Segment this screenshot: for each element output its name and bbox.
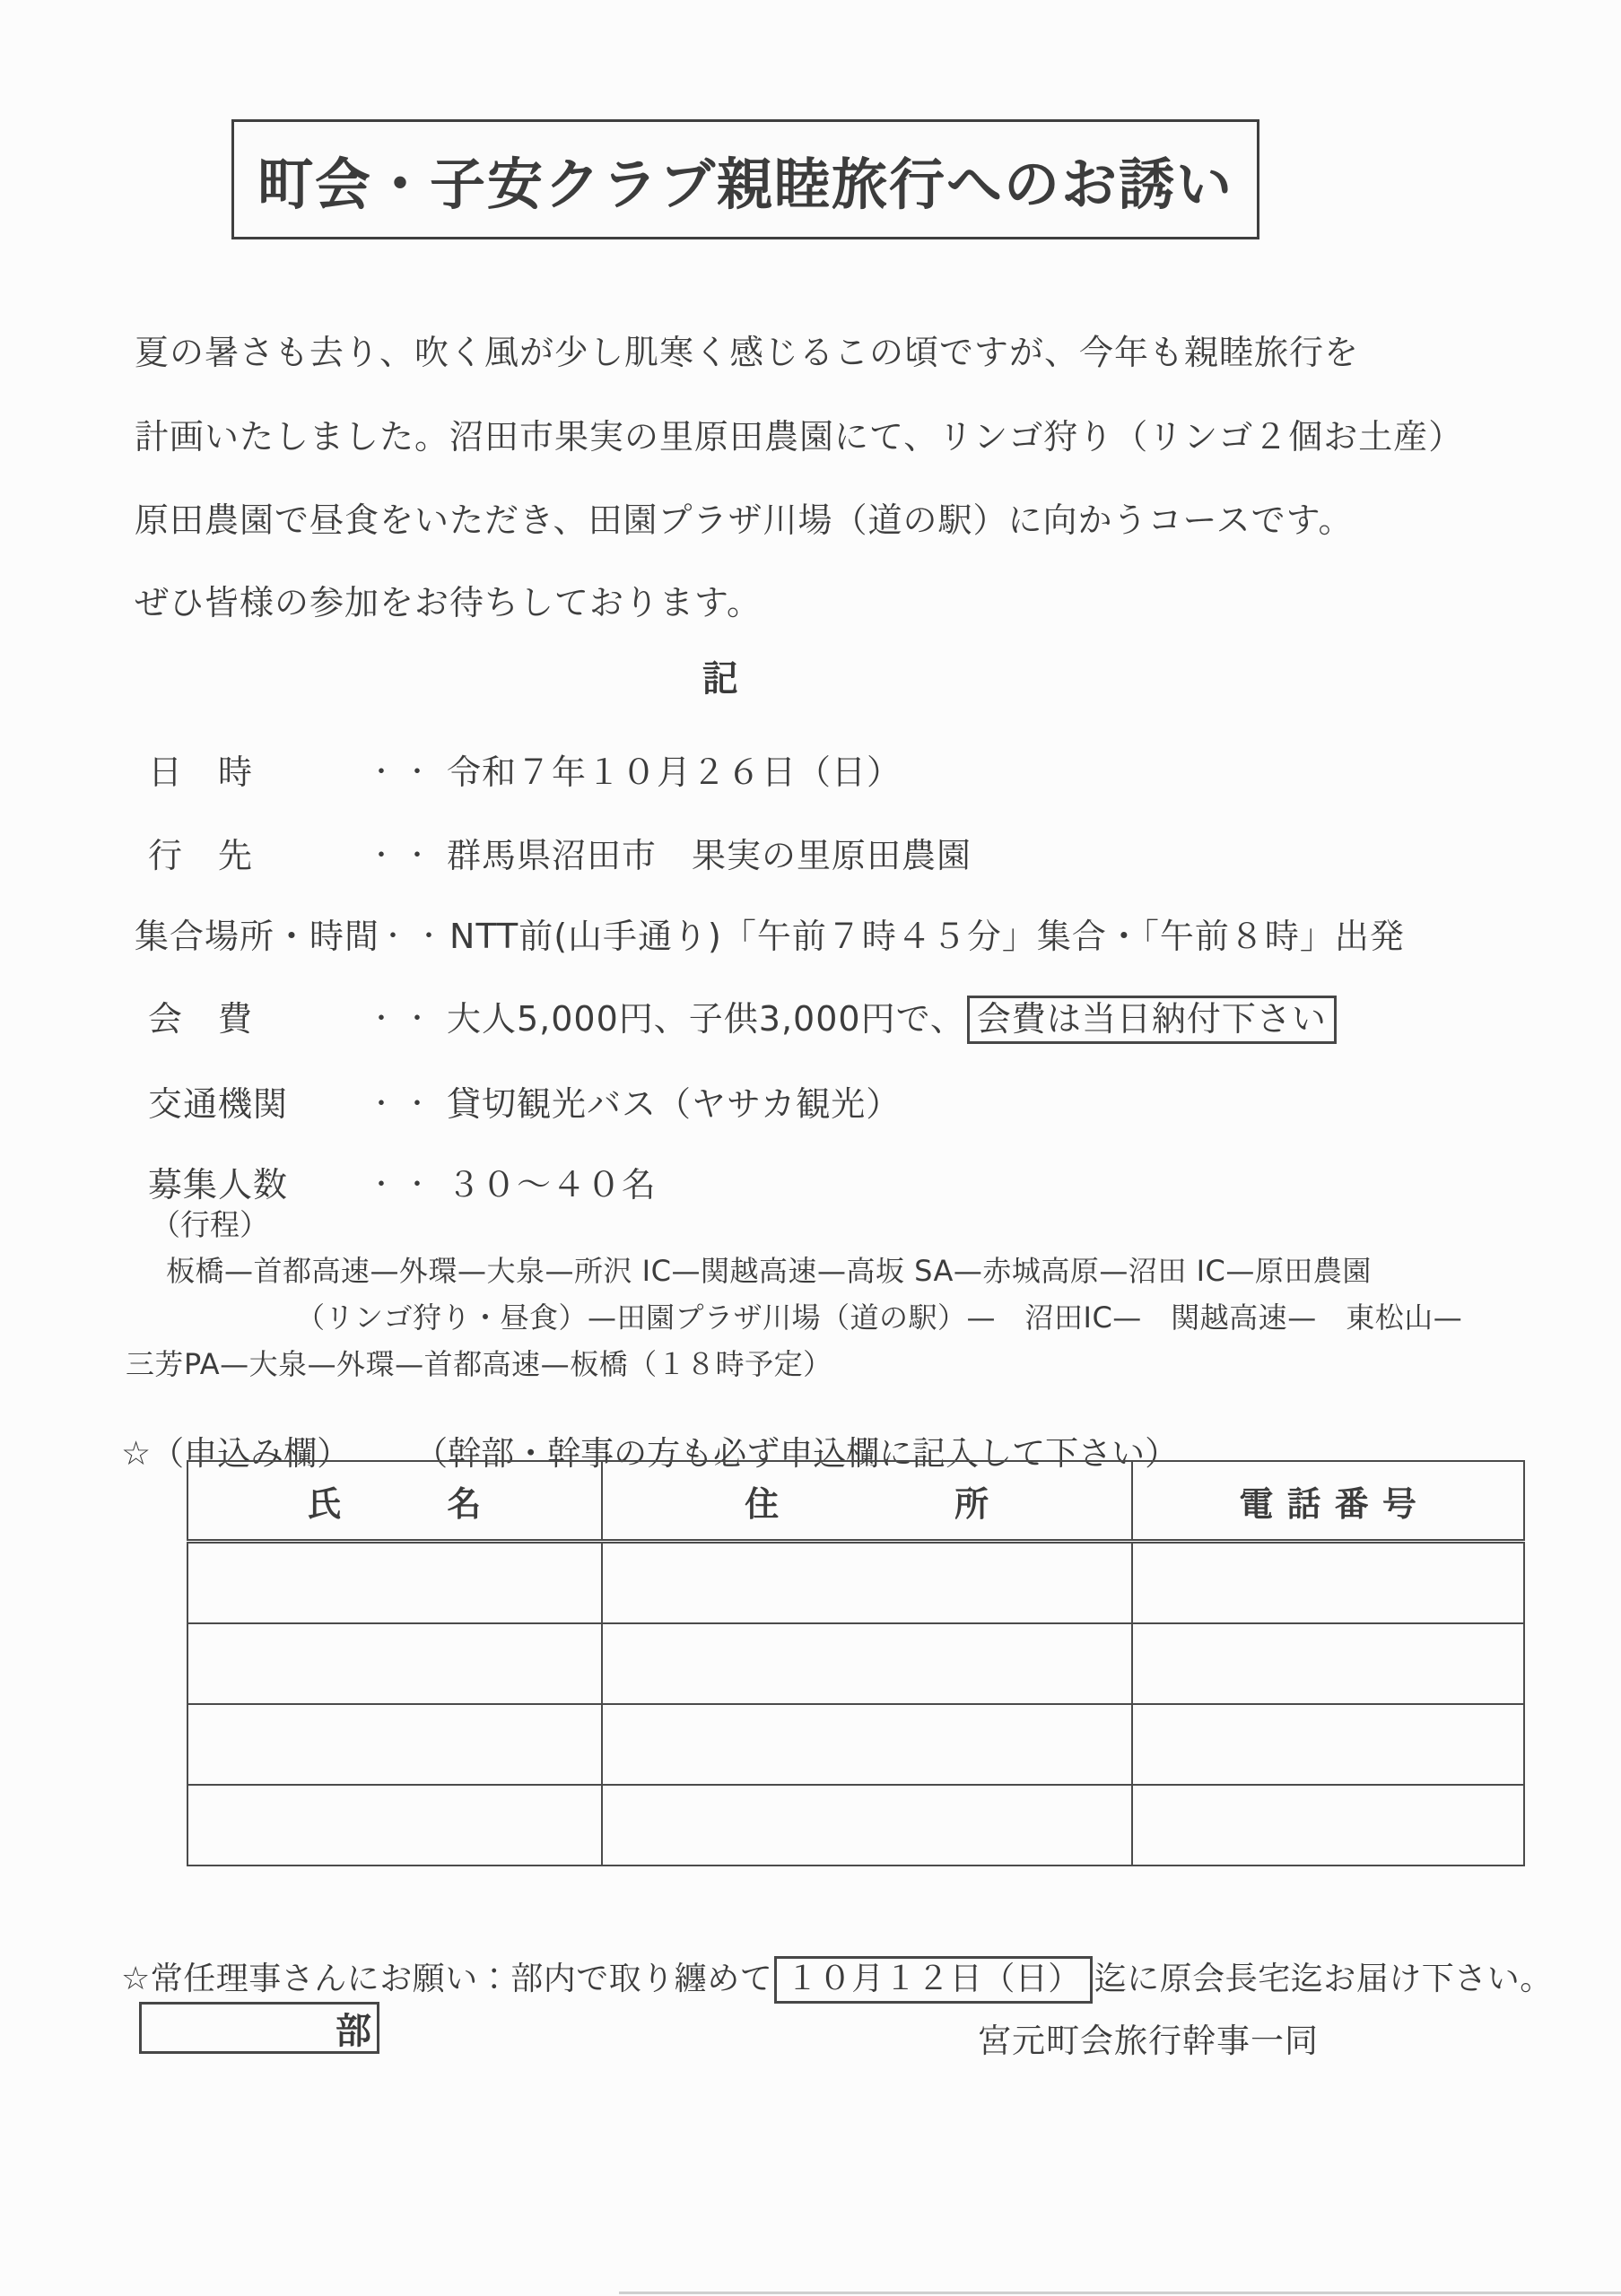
detail-separator: ・・ xyxy=(368,991,447,1036)
itinerary-line: 三芳PA—大泉—外環—首都高速—板橋（１８時予定） xyxy=(126,1342,832,1383)
intro-line: ぜひ皆様の参加をお待ちしております。 xyxy=(135,575,762,624)
table-cell-name xyxy=(187,1785,602,1865)
detail-row-capacity: 募集人数 ・・ ３０～４０名 xyxy=(148,1157,657,1206)
title-box: 町会・子安クラブ親睦旅行へのお誘い xyxy=(231,119,1259,239)
record-marker: 記 xyxy=(702,650,738,701)
detail-label: 募集人数 xyxy=(148,1157,368,1206)
scan-artifact xyxy=(619,2292,1621,2294)
closing-note-prefix: ☆常任理事さんにお願い：部内で取り纏めて xyxy=(121,1961,772,1997)
detail-row-fee: 会 費 ・・ 大人5,000円、子供3,000円で、会費は当日納付下さい xyxy=(148,991,1337,1040)
table-cell-name xyxy=(187,1623,602,1704)
intro-line: 原田農園で昼食をいただき、田園プラザ川場（道の駅）に向かうコースです。 xyxy=(135,492,1354,542)
intro-line: 夏の暑さも去り、吹く風が少し肌寒く感じるこの頃ですが、今年も親睦旅行を xyxy=(135,325,1359,374)
table-header-row: 氏 名 住 所 電 話 番 号 xyxy=(187,1461,1524,1542)
closing-note-suffix: 迄に原会長宅迄お届け下さい。 xyxy=(1094,1961,1553,1997)
intro-line: 計画いたしました。沼田市果実の里原田農園にて、リンゴ狩り（リンゴ２個お土産） xyxy=(135,409,1463,458)
table-cell-name xyxy=(187,1704,602,1785)
detail-value: NTT前(山手通り)「午前７時４５分」集合・「午前８時」出発 xyxy=(449,909,1405,958)
itinerary-line: （リンゴ狩り・昼食）—田園プラザ川場（道の駅）— 沼田IC— 関越高速— 東松山… xyxy=(296,1295,1462,1336)
detail-row-transport: 交通機関 ・・ 貸切観光バス（ヤサカ観光） xyxy=(148,1076,901,1126)
fee-text: 大人5,000円、子供3,000円で、 xyxy=(447,999,965,1039)
detail-value: ３０～４０名 xyxy=(447,1157,657,1206)
detail-value: 大人5,000円、子供3,000円で、会費は当日納付下さい xyxy=(447,991,1337,1040)
detail-label: 交通機関 xyxy=(148,1076,368,1126)
detail-row-date: 日 時 ・・ 令和７年１０月２６日（日） xyxy=(148,744,902,794)
detail-label: 日 時 xyxy=(148,744,368,794)
table-cell-name xyxy=(187,1542,602,1624)
table-header-address: 住 所 xyxy=(602,1461,1133,1542)
table-cell-address xyxy=(602,1542,1133,1624)
detail-label: 集合場所・時間 xyxy=(135,909,379,958)
detail-value: 貸切観光バス（ヤサカ観光） xyxy=(447,1076,901,1126)
table-cell-phone xyxy=(1132,1623,1524,1704)
department-label: 部 xyxy=(336,2003,371,2054)
detail-row-meeting: 集合場所・時間 ・・ NTT前(山手通り)「午前７時４５分」集合・「午前８時」出… xyxy=(135,909,1405,958)
table-row xyxy=(187,1704,1524,1785)
table-header-phone: 電 話 番 号 xyxy=(1132,1461,1524,1542)
detail-separator: ・・ xyxy=(368,828,447,873)
detail-label: 行 先 xyxy=(148,828,368,877)
table-cell-phone xyxy=(1132,1542,1524,1624)
detail-value: 群馬県沼田市 果実の里原田農園 xyxy=(447,828,972,877)
detail-row-destination: 行 先 ・・ 群馬県沼田市 果実の里原田農園 xyxy=(148,828,972,877)
table-cell-phone xyxy=(1132,1785,1524,1865)
detail-separator: ・・ xyxy=(368,1157,447,1202)
itinerary-heading: （行程） xyxy=(151,1202,269,1244)
closing-note: ☆常任理事さんにお願い：部内で取り纏めて１０月１２日（日）迄に原会長宅迄お届け下… xyxy=(121,1953,1553,1999)
deadline-box: １０月１２日（日） xyxy=(774,1956,1093,2004)
scanned-flyer-page: 町会・子安クラブ親睦旅行へのお誘い 夏の暑さも去り、吹く風が少し肌寒く感じるこの… xyxy=(0,0,1621,2296)
detail-value: 令和７年１０月２６日（日） xyxy=(447,744,902,794)
detail-separator: ・・ xyxy=(368,1076,447,1121)
table-row xyxy=(187,1785,1524,1865)
application-table: 氏 名 住 所 電 話 番 号 xyxy=(187,1460,1525,1866)
table-header-name: 氏 名 xyxy=(187,1461,602,1542)
fee-emphasis-box: 会費は当日納付下さい xyxy=(967,996,1337,1044)
table-cell-address xyxy=(602,1785,1133,1865)
table-row xyxy=(187,1623,1524,1704)
page-title: 町会・子安クラブ親睦旅行へのお誘い xyxy=(257,140,1233,220)
detail-separator: ・・ xyxy=(379,909,449,953)
table-cell-address xyxy=(602,1704,1133,1785)
detail-separator: ・・ xyxy=(368,744,447,789)
signature: 宮元町会旅行幹事一同 xyxy=(978,2013,1319,2062)
detail-label: 会 費 xyxy=(148,991,368,1040)
itinerary-line: 板橋—首都高速—外環—大泉—所沢 IC—関越高速—高坂 SA—赤城高原—沼田 I… xyxy=(166,1248,1372,1290)
table-cell-address xyxy=(602,1623,1133,1704)
department-fill-in-box: 部 xyxy=(139,2002,379,2054)
table-cell-phone xyxy=(1132,1704,1524,1785)
table-row xyxy=(187,1542,1524,1624)
